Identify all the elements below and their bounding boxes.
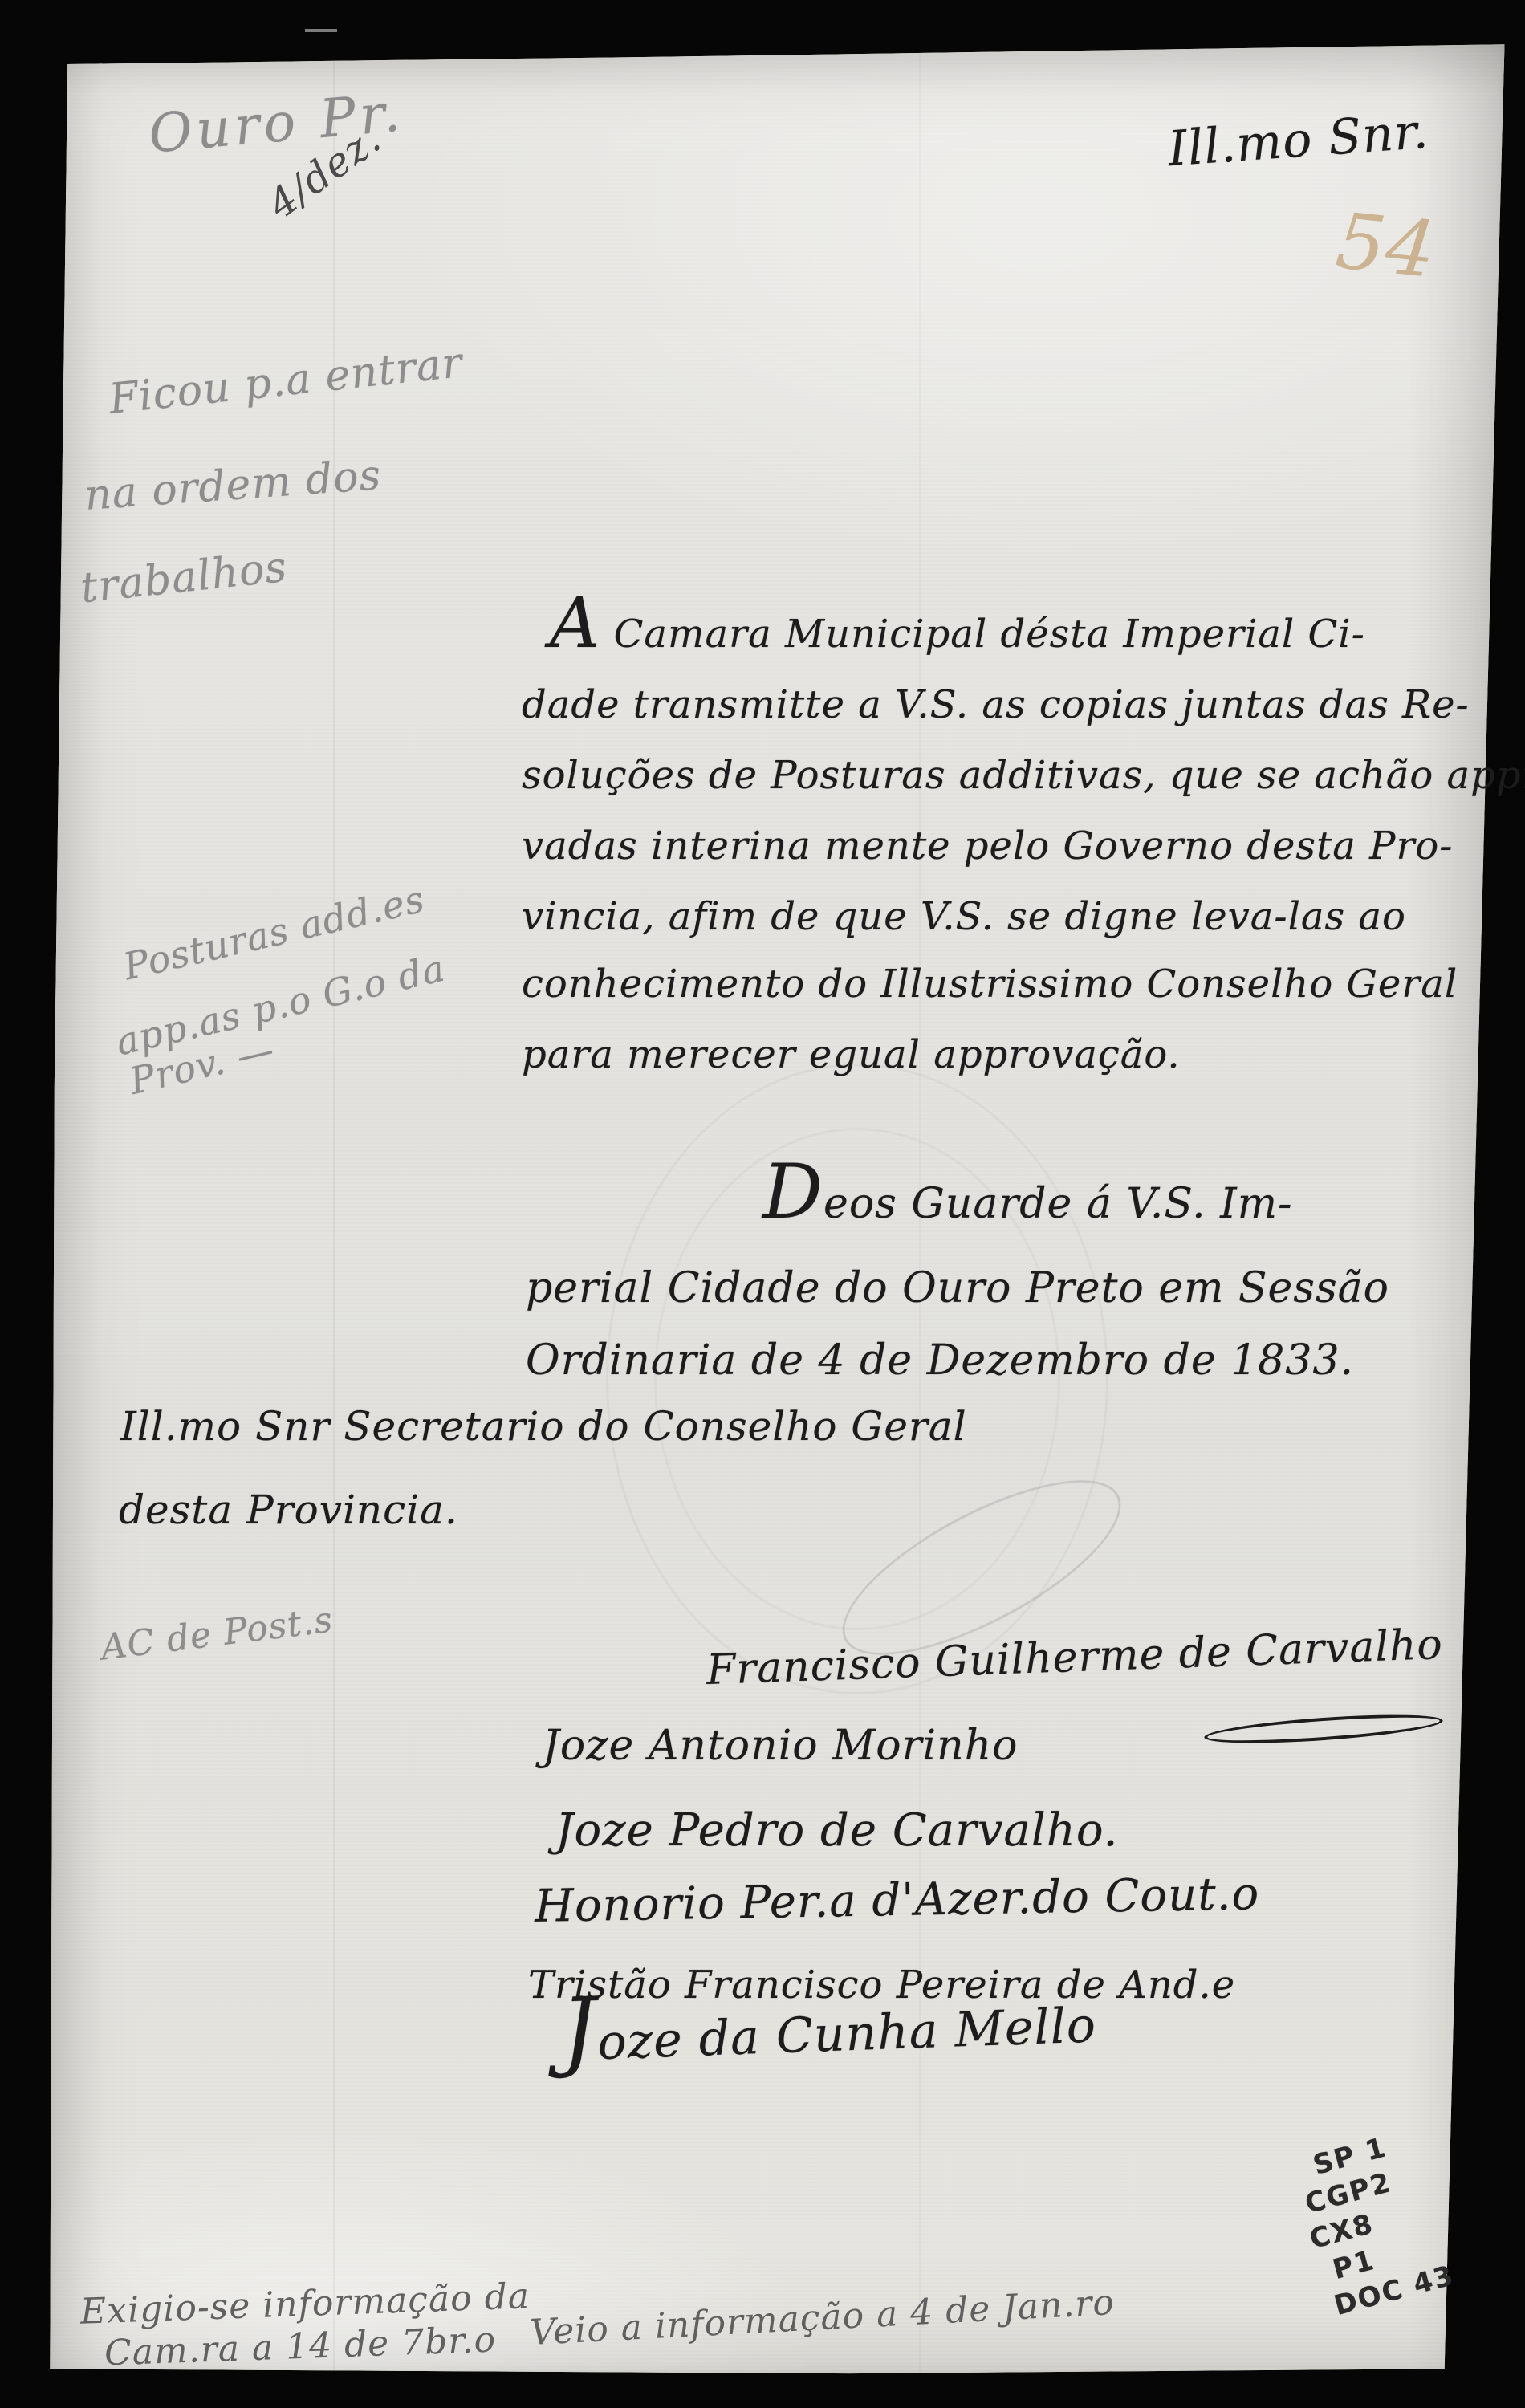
body-line-1: A Camara Municipal désta Imperial Ci- [550,612,1365,657]
body-line-5: vincia, afim de que V.S. se digne leva-l… [522,894,1406,939]
closing-line-3: Ordinaria de 4 de Dezembro de 1833. [526,1336,1354,1385]
body-line-6: conhecimento do Illustrissimo Conselho G… [522,962,1458,1007]
document-scan: Ouro Pr. 4/dez. Ill.mo Snr. 54 Ficou p.a… [0,0,1525,2408]
address-line-2: desta Provincia. [119,1487,458,1533]
closing-line-2: perial Cidade do Ouro Preto em Sessão [526,1264,1389,1312]
body-line-4: vadas interina mente pelo Governo desta … [522,824,1454,868]
body-line-3: soluções de Posturas additivas, que se a… [522,753,1525,798]
page-number: 54 [1332,196,1440,295]
closing-line-1: Deos Guarde á V.S. Im- [762,1180,1293,1228]
signature-5: Tristão Francisco Pereira de And.e [528,1963,1235,2007]
address-line-1: Ill.mo Snr Secretario do Conselho Geral [120,1403,967,1450]
body-line-2: dade transmitte a V.S. as copias juntas … [522,682,1470,727]
scan-artifact [305,29,337,32]
signature-3: Joze Pedro de Carvalho. [555,1804,1118,1857]
signature-2: Joze Antonio Morinho [543,1722,1018,1770]
body-line-7: para merecer egual approvação. [522,1032,1181,1077]
